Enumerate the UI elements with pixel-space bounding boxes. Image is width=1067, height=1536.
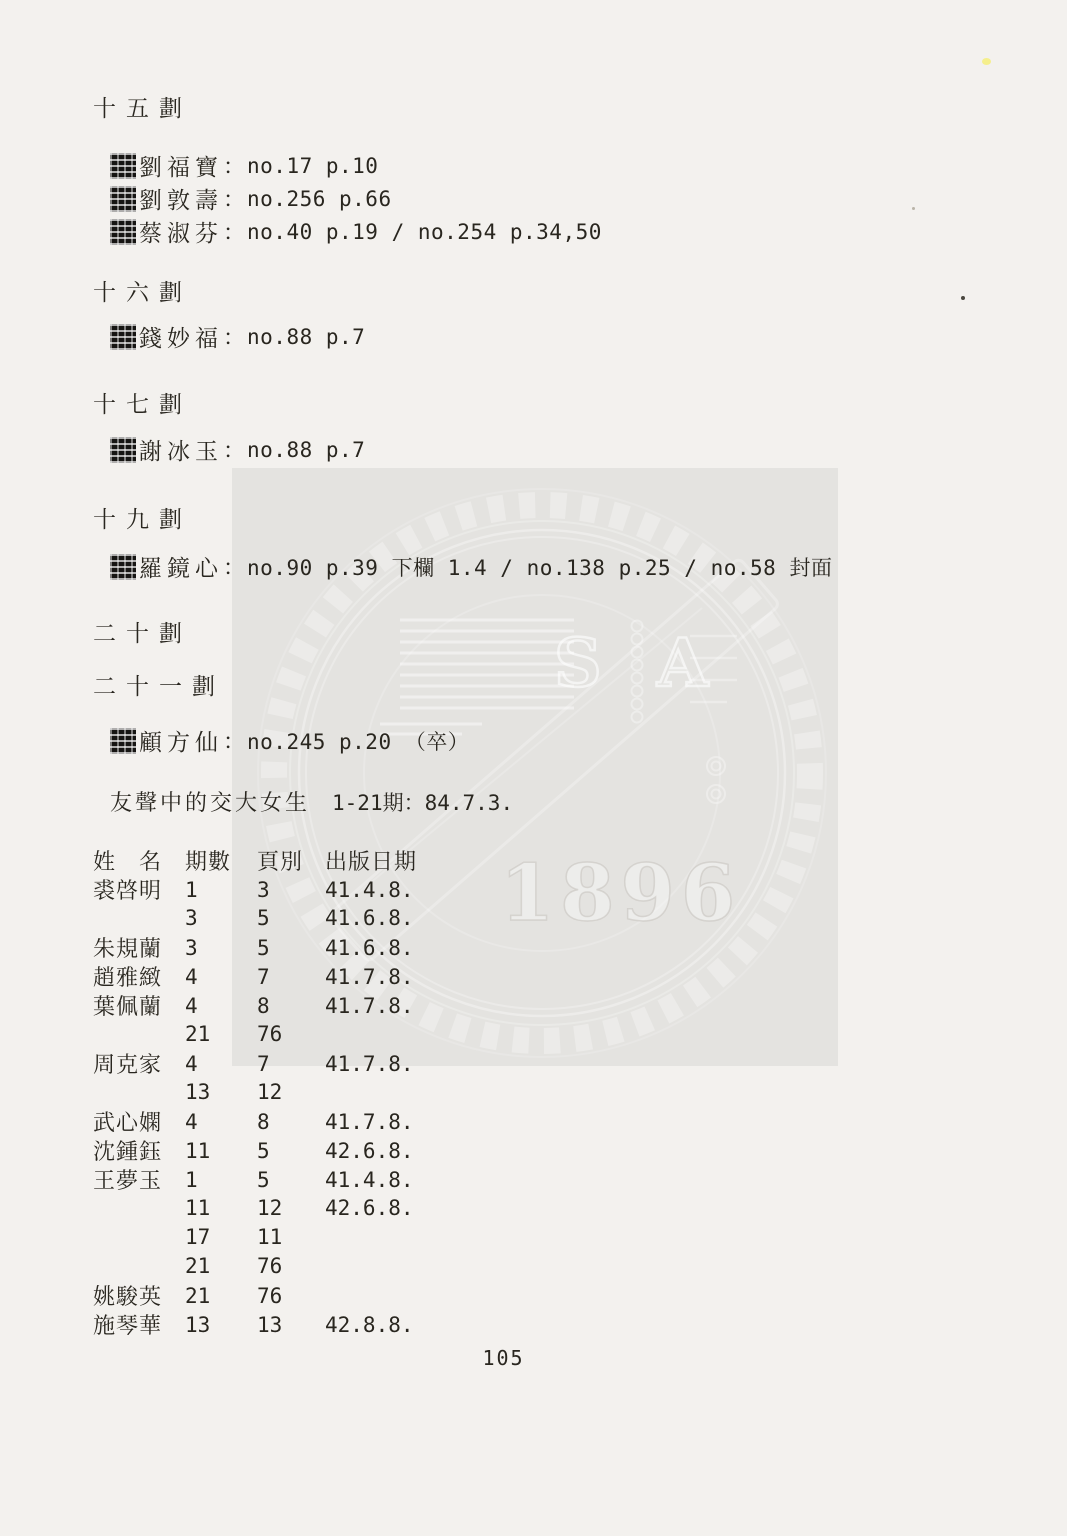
colon-separator: ： (223, 551, 245, 582)
table-row: 周克家4741.7.8. (93, 1048, 505, 1077)
cell-name: 裘啓明 (93, 874, 185, 905)
document-content: 十五劃 劉福寶：no.17 p.10 劉敦壽：no.256 p.66 蔡淑芬：n… (0, 0, 1067, 1536)
cell-issue: 17 (185, 1225, 257, 1249)
cell-page: 76 (257, 1022, 325, 1046)
scanned-document-page: S A 1896 十五劃 劉福寶：no.17 p.10 劉敦壽：no.256 p… (0, 0, 1067, 1536)
entry-refs: no.256 p.66 (247, 187, 392, 211)
section-entries-17: 謝冰玉：no.88 p.7 (110, 433, 365, 466)
table-row: 2176 (93, 1251, 505, 1280)
cell-date: 41.4.8. (325, 878, 505, 902)
page-number: 105 (0, 1346, 1007, 1370)
cell-name: 朱規蘭 (93, 932, 185, 963)
table-row: 沈鍾鈺11542.6.8. (93, 1135, 505, 1164)
stamp-icon (110, 186, 136, 212)
colon-separator: ： (223, 434, 245, 465)
table-row: 施琴華131342.8.8. (93, 1309, 505, 1338)
person-name: 蔡淑芬 (139, 215, 223, 248)
cell-issue: 11 (185, 1139, 257, 1163)
cell-name: 趙雅緻 (93, 961, 185, 992)
cell-issue: 21 (185, 1022, 257, 1046)
table-row: 111242.6.8. (93, 1193, 505, 1222)
entry-refs: no.88 p.7 (247, 325, 365, 349)
col-header-name: 姓 名 (93, 845, 185, 876)
entry-refs: no.40 p.19 / no.254 p.34,50 (247, 220, 602, 244)
cell-page: 12 (257, 1196, 325, 1220)
cell-page: 5 (257, 1168, 325, 1192)
table-row: 趙雅緻4741.7.8. (93, 961, 505, 990)
person-name: 錢妙福 (139, 320, 223, 353)
cell-page: 8 (257, 1110, 325, 1134)
cell-issue: 4 (185, 994, 257, 1018)
section-heading-17: 十七劃 (93, 386, 192, 419)
col-header-page: 頁別 (257, 845, 325, 876)
cell-date: 42.6.8. (325, 1196, 505, 1220)
index-entry: 顧方仙：no.245 p.20 （卒） (110, 724, 469, 757)
publication-table: 姓 名 期數 頁別 出版日期 裘啓明1341.4.8. 3541.6.8. 朱規… (93, 845, 505, 1338)
cell-issue: 1 (185, 1168, 257, 1192)
table-row: 2176 (93, 1019, 505, 1048)
cell-issue: 13 (185, 1313, 257, 1337)
cell-date: 41.4.8. (325, 1168, 505, 1192)
table-row: 1312 (93, 1077, 505, 1106)
table-header-row: 姓 名 期數 頁別 出版日期 (93, 845, 505, 874)
cell-page: 5 (257, 906, 325, 930)
col-header-date: 出版日期 (325, 845, 505, 876)
table-row: 朱規蘭3541.6.8. (93, 932, 505, 961)
scan-artifact (961, 296, 965, 300)
subtitle-range: 1-21期：84.7.3. (332, 791, 513, 815)
cell-issue: 4 (185, 1052, 257, 1076)
index-entry: 劉福寶：no.17 p.10 (110, 149, 602, 182)
person-name: 劉福寶 (139, 149, 223, 182)
index-entry: 劉敦壽：no.256 p.66 (110, 182, 602, 215)
cell-page: 5 (257, 1139, 325, 1163)
cell-name: 王夢玉 (93, 1164, 185, 1195)
table-row: 裘啓明1341.4.8. (93, 874, 505, 903)
cell-issue: 4 (185, 965, 257, 989)
cell-page: 5 (257, 936, 325, 960)
stamp-icon (110, 324, 136, 350)
cell-date: 41.6.8. (325, 936, 505, 960)
colon-separator: ： (223, 725, 245, 756)
index-entry: 錢妙福：no.88 p.7 (110, 320, 365, 353)
cell-name: 葉佩蘭 (93, 990, 185, 1021)
cell-date: 41.7.8. (325, 965, 505, 989)
entry-refs: no.88 p.7 (247, 438, 365, 462)
cell-name: 沈鍾鈺 (93, 1135, 185, 1166)
cell-page: 7 (257, 965, 325, 989)
person-name: 劉敦壽 (139, 182, 223, 215)
cell-name: 周克家 (93, 1048, 185, 1079)
cell-issue: 21 (185, 1254, 257, 1278)
cell-issue: 13 (185, 1080, 257, 1104)
section-heading-19: 十九劃 (93, 501, 192, 534)
index-entry: 蔡淑芬：no.40 p.19 / no.254 p.34,50 (110, 215, 602, 248)
person-name: 羅鏡心 (139, 550, 223, 583)
colon-separator: ： (223, 183, 245, 214)
table-row: 姚駿英2176 (93, 1280, 505, 1309)
entry-refs: no.245 p.20 （卒） (247, 726, 469, 756)
table-row: 1711 (93, 1222, 505, 1251)
section-heading-15: 十五劃 (93, 90, 192, 123)
cell-issue: 3 (185, 936, 257, 960)
colon-separator: ： (223, 150, 245, 181)
colon-separator: ： (223, 321, 245, 352)
list-subtitle: 友聲中的交大女生1-21期：84.7.3. (110, 786, 513, 817)
section-entries-15: 劉福寶：no.17 p.10 劉敦壽：no.256 p.66 蔡淑芬：no.40… (110, 149, 602, 248)
section-heading-21: 二十一劃 (93, 668, 225, 701)
table-row: 葉佩蘭4841.7.8. (93, 990, 505, 1019)
cell-name: 武心嫻 (93, 1106, 185, 1137)
cell-date: 41.7.8. (325, 1110, 505, 1134)
cell-name: 姚駿英 (93, 1280, 185, 1311)
cell-date: 42.6.8. (325, 1139, 505, 1163)
cell-issue: 11 (185, 1196, 257, 1220)
cell-name: 施琴華 (93, 1309, 185, 1340)
cell-date: 41.7.8. (325, 1052, 505, 1076)
cell-page: 13 (257, 1313, 325, 1337)
section-entries-19: 羅鏡心：no.90 p.39 下欄 1.4 / no.138 p.25 / no… (110, 550, 832, 583)
section-heading-20: 二十劃 (93, 615, 192, 648)
cell-page: 3 (257, 878, 325, 902)
stamp-icon (110, 153, 136, 179)
stamp-icon (110, 437, 136, 463)
stamp-icon (110, 219, 136, 245)
person-name: 顧方仙 (139, 724, 223, 757)
colon-separator: ： (223, 216, 245, 247)
cell-date: 42.8.8. (325, 1313, 505, 1337)
cell-page: 12 (257, 1080, 325, 1104)
cell-issue: 21 (185, 1284, 257, 1308)
cell-issue: 3 (185, 906, 257, 930)
table-row: 武心嫻4841.7.8. (93, 1106, 505, 1135)
table-row: 3541.6.8. (93, 903, 505, 932)
col-header-issue: 期數 (185, 845, 257, 876)
cell-issue: 4 (185, 1110, 257, 1134)
index-entry: 羅鏡心：no.90 p.39 下欄 1.4 / no.138 p.25 / no… (110, 550, 832, 583)
entry-refs: no.90 p.39 下欄 1.4 / no.138 p.25 / no.58 … (247, 552, 832, 582)
cell-page: 8 (257, 994, 325, 1018)
cell-page: 76 (257, 1284, 325, 1308)
cell-page: 11 (257, 1225, 325, 1249)
subtitle-text: 友聲中的交大女生 (110, 791, 310, 816)
stamp-icon (110, 554, 136, 580)
section-entries-21: 顧方仙：no.245 p.20 （卒） (110, 724, 469, 757)
section-heading-16: 十六劃 (93, 274, 192, 307)
scan-artifact (912, 207, 915, 210)
index-entry: 謝冰玉：no.88 p.7 (110, 433, 365, 466)
scan-artifact (982, 58, 991, 65)
cell-page: 7 (257, 1052, 325, 1076)
section-entries-16: 錢妙福：no.88 p.7 (110, 320, 365, 353)
cell-page: 76 (257, 1254, 325, 1278)
stamp-icon (110, 728, 136, 754)
cell-date: 41.7.8. (325, 994, 505, 1018)
cell-issue: 1 (185, 878, 257, 902)
entry-refs: no.17 p.10 (247, 154, 378, 178)
table-row: 王夢玉1541.4.8. (93, 1164, 505, 1193)
cell-date: 41.6.8. (325, 906, 505, 930)
person-name: 謝冰玉 (139, 433, 223, 466)
